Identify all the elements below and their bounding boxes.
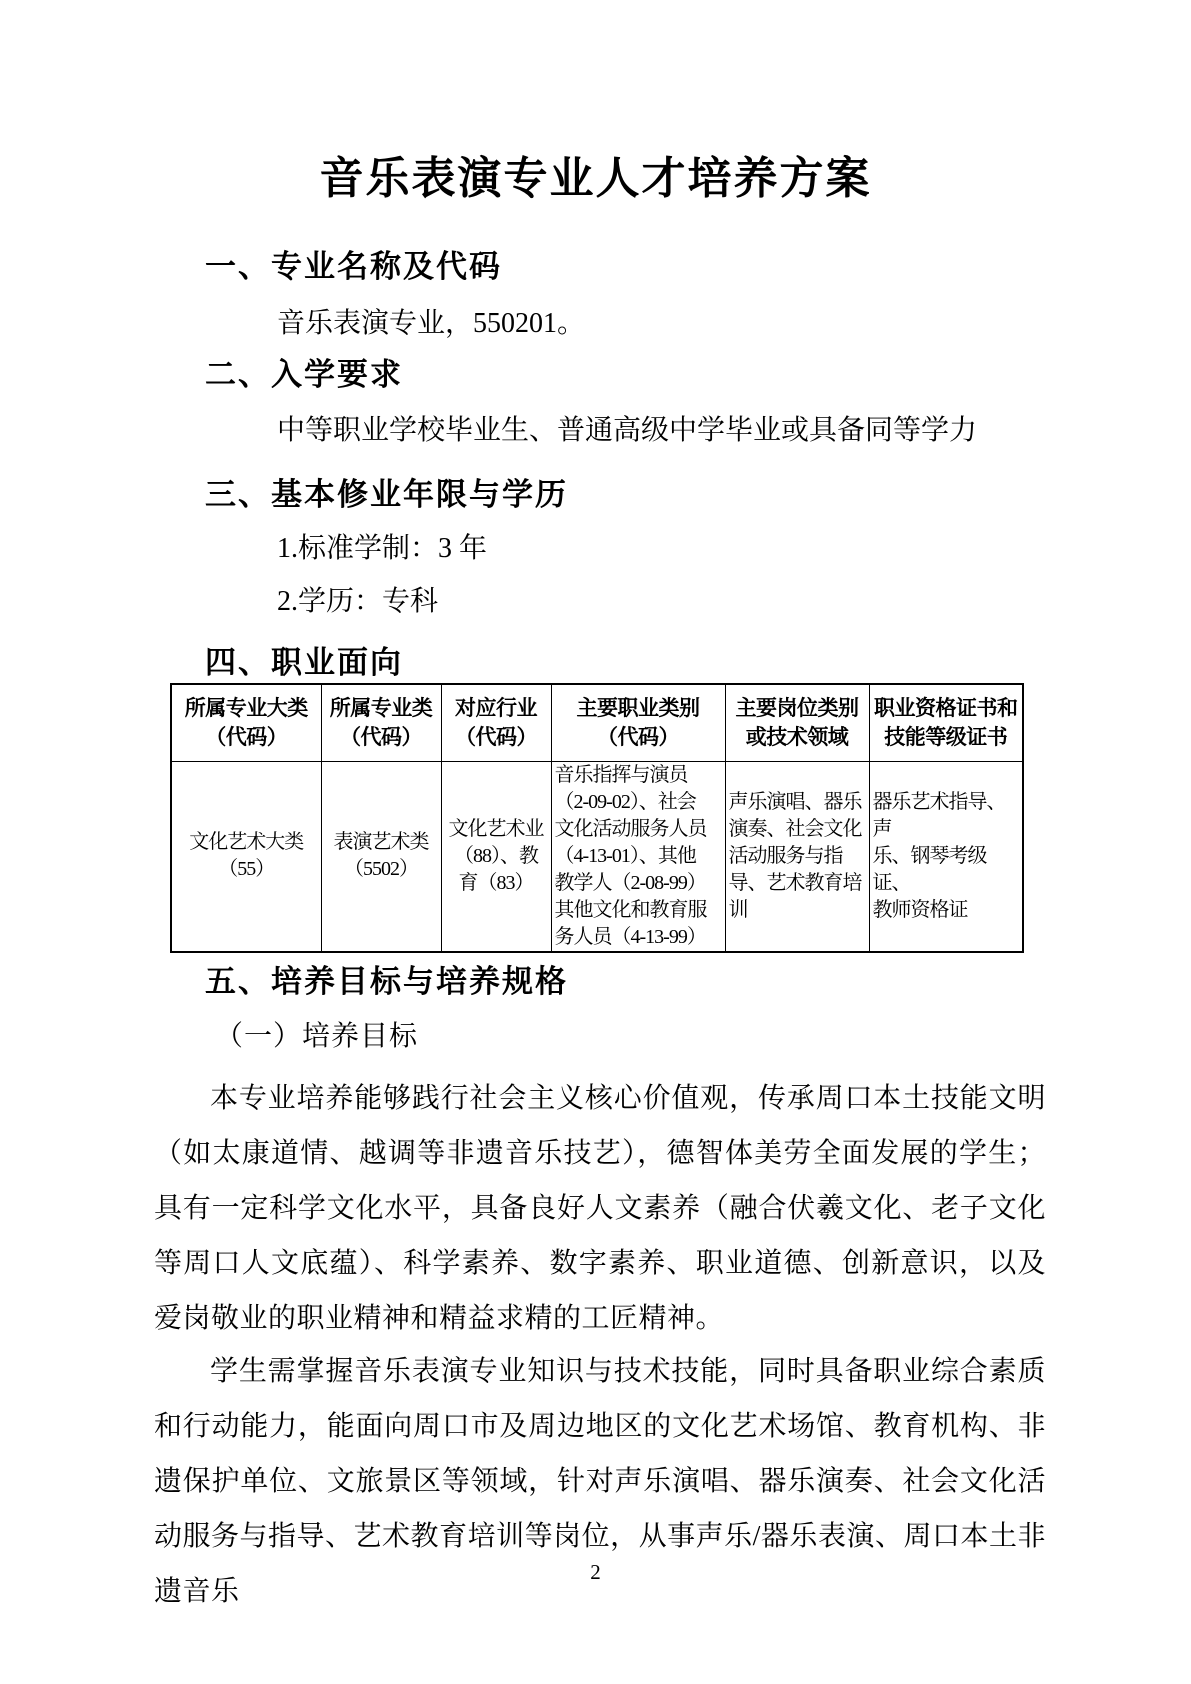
table-header-row: 所属专业大类 （代码） 所属专业类 （代码） 对应行业 （代码） 主要职业类别 … bbox=[171, 684, 1023, 761]
cell-major-category: 文化艺术大类 （55） bbox=[171, 761, 321, 952]
document-title: 音乐表演专业人才培养方案 bbox=[0, 150, 1191, 208]
cell-certificates: 器乐艺术指导、声 乐、钢琴考级证、 教师资格证 bbox=[869, 761, 1023, 952]
section-2-body: 中等职业学校毕业生、普通高级中学毕业或具备同等学力 bbox=[277, 414, 977, 448]
section-1-body: 音乐表演专业，550201。 bbox=[277, 307, 585, 341]
header-major-class: 所属专业类 （代码） bbox=[321, 684, 441, 761]
career-orientation-table-wrapper: 所属专业大类 （代码） 所属专业类 （代码） 对应行业 （代码） 主要职业类别 … bbox=[170, 683, 1024, 953]
section-heading-3: 三、基本修业年限与学历 bbox=[205, 477, 568, 513]
cell-post-category: 声乐演唱、器乐 演奏、社会文化 活动服务与指 导、艺术教育培 训 bbox=[725, 761, 869, 952]
page-number: 2 bbox=[0, 1560, 1191, 1584]
cell-occupation-category: 音乐指挥与演员 （2-09-02）、社会 文化活动服务人员 （4-13-01）、… bbox=[551, 761, 725, 952]
header-major-category: 所属专业大类 （代码） bbox=[171, 684, 321, 761]
cell-industry: 文化艺术业 （88）、教 育（83） bbox=[441, 761, 551, 952]
subsection-heading-training-goal: （一）培养目标 bbox=[215, 1019, 418, 1055]
section-heading-2: 二、入学要求 bbox=[205, 357, 403, 393]
section-heading-5: 五、培养目标与培养规格 bbox=[205, 964, 568, 1000]
header-industry: 对应行业 （代码） bbox=[441, 684, 551, 761]
document-page: 音乐表演专业人才培养方案 一、专业名称及代码 音乐表演专业，550201。 二、… bbox=[0, 0, 1191, 1684]
cell-major-class: 表演艺术类 （5502） bbox=[321, 761, 441, 952]
header-post-category: 主要岗位类别 或技术领域 bbox=[725, 684, 869, 761]
training-goal-paragraph-1: 本专业培养能够践行社会主义核心价值观，传承周口本土技能文明（如太康道情、越调等非… bbox=[154, 1071, 1046, 1346]
section-3-item-1: 1.标准学制：3 年 bbox=[277, 532, 487, 566]
table-row: 文化艺术大类 （55） 表演艺术类 （5502） 文化艺术业 （88）、教 育（… bbox=[171, 761, 1023, 952]
header-certificates: 职业资格证书和 技能等级证书 bbox=[869, 684, 1023, 761]
section-3-item-2: 2.学历：专科 bbox=[277, 585, 438, 619]
section-heading-4: 四、职业面向 bbox=[205, 645, 403, 681]
header-occupation-category: 主要职业类别 （代码） bbox=[551, 684, 725, 761]
career-orientation-table: 所属专业大类 （代码） 所属专业类 （代码） 对应行业 （代码） 主要职业类别 … bbox=[170, 683, 1024, 953]
section-heading-1: 一、专业名称及代码 bbox=[205, 249, 502, 285]
